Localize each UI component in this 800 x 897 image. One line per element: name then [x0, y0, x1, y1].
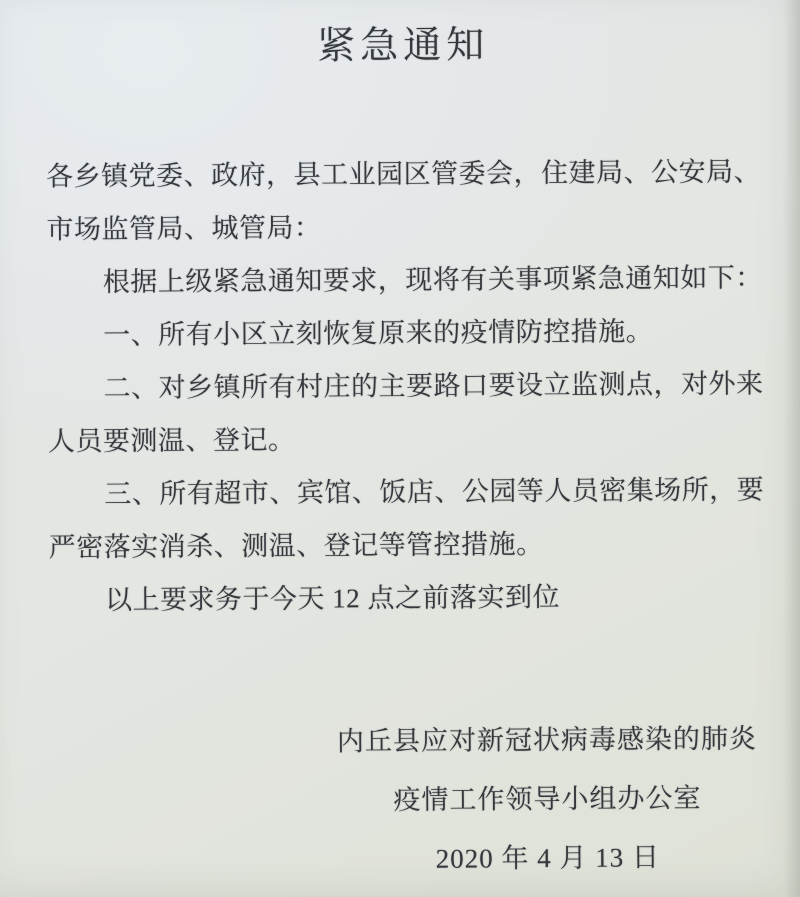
signature-org-line-1: 内丘县应对新冠状病毒感染的肺炎: [332, 710, 762, 772]
photo-right-edge-shadow: [784, 0, 800, 897]
notice-item-3: 三、所有超市、宾馆、饭店、公园等人员密集场所，要严密落实消杀、测温、登记等管控措…: [48, 464, 765, 575]
signature-org-line-2: 疫情工作领导小组办公室: [332, 769, 762, 831]
notice-item-1: 一、所有小区立刻恢复原来的疫情防控措施。: [47, 305, 763, 363]
notice-document: 紧急通知 各乡镇党委、政府，县工业园区管委会，住建局、公安局、市场监管局、城管局…: [45, 20, 767, 892]
notice-item-2: 二、对乡镇所有村庄的主要路口要设立监测点，对外来人员要测温、登记。: [47, 358, 764, 469]
deadline-line: 以上要求务于今天 12 点之前落实到位: [49, 569, 765, 627]
salutation: 各乡镇党委、政府，县工业园区管委会，住建局、公安局、市场监管局、城管局：: [46, 146, 763, 257]
notice-photo: 紧急通知 各乡镇党委、政府，县工业园区管委会，住建局、公安局、市场监管局、城管局…: [0, 0, 800, 897]
signature-block: 内丘县应对新冠状病毒感染的肺炎 疫情工作领导小组办公室 2020 年 4 月 1…: [332, 710, 763, 890]
notice-title: 紧急通知: [45, 20, 761, 73]
intro-paragraph: 根据上级紧急通知要求，现将有关事项紧急通知如下：: [47, 252, 763, 310]
signature-date: 2020 年 4 月 13 日: [333, 828, 763, 890]
